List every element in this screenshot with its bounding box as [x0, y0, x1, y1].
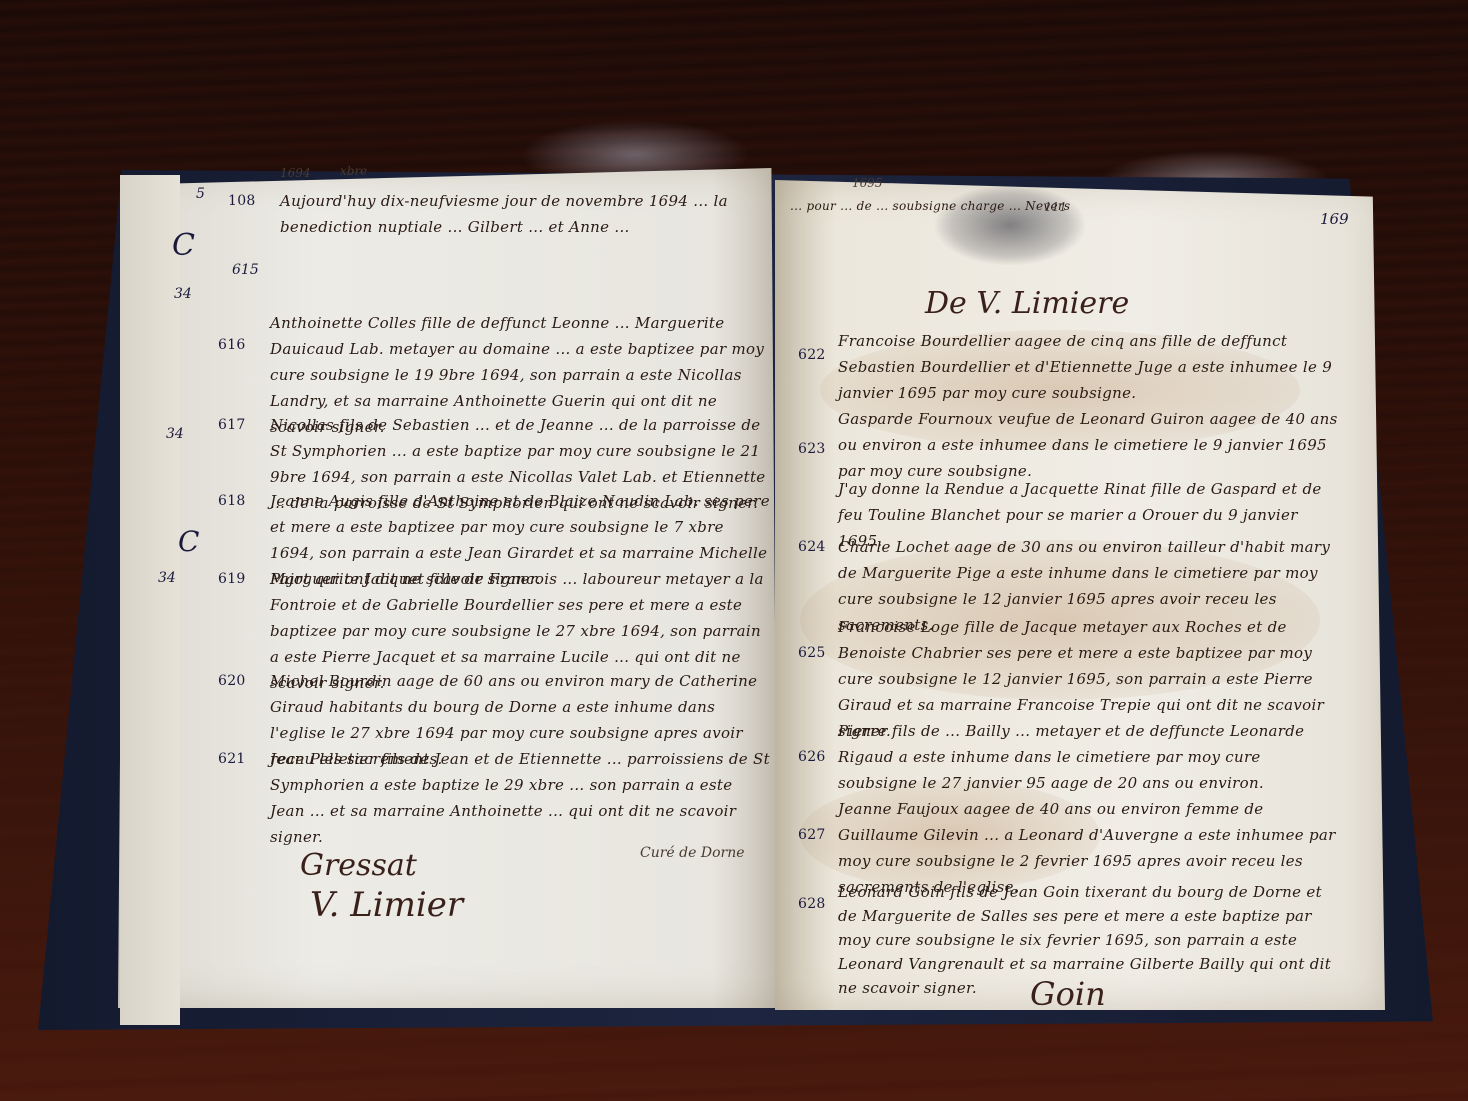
margin-mark: C	[172, 228, 195, 263]
entry-text: Jean Pelletier fils de Jean et de Etienn…	[270, 746, 770, 850]
register-entry: 622 Francoise Bourdellier aagee de cinq …	[838, 328, 1338, 406]
entry-number: 622	[798, 342, 826, 368]
entry-text: Aujourd'huy dix-neufviesme jour de novem…	[280, 188, 770, 240]
entry-number: 615	[232, 262, 259, 278]
entry-number: 625	[798, 640, 826, 666]
left-page-edge	[120, 175, 180, 1025]
entry-number: 626	[798, 744, 826, 770]
left-header-year: 1694	[280, 166, 311, 180]
header-text: ... pour ... de ... soubsigne charge ...…	[790, 196, 1330, 216]
signature: Goin	[1030, 975, 1106, 1013]
entry-number: 618	[218, 488, 246, 514]
entry-number: 621	[218, 746, 246, 772]
entry-text: Pierre fils de ... Bailly ... metayer et…	[838, 718, 1338, 796]
entry-number: 627	[798, 822, 826, 848]
entry-number: 108	[228, 188, 256, 214]
entry-text: Francoise Bourdellier aagee de cinq ans …	[838, 328, 1338, 406]
register-entry: 108 Aujourd'huy dix-neufviesme jour de n…	[280, 188, 770, 240]
register-entry: 626 Pierre fils de ... Bailly ... metaye…	[838, 718, 1338, 796]
margin-mark: C	[178, 525, 199, 558]
entry-number: 628	[798, 892, 826, 916]
entry-number: 624	[798, 534, 826, 560]
right-header-year: 1695	[852, 176, 883, 190]
margin-mark: 34	[166, 426, 184, 442]
heading-signature: De V. Limiere	[925, 286, 1129, 321]
signature: V. Limier	[310, 885, 463, 925]
signature: Curé de Dorne	[640, 845, 745, 861]
entry-text: Gasparde Fournoux veufue de Leonard Guir…	[838, 406, 1338, 484]
margin-mark: 34	[174, 286, 192, 302]
header-text: ... pour ... de ... soubsigne charge ...…	[790, 196, 1330, 216]
entry-number: 619	[218, 566, 246, 592]
signature: Gressat	[300, 848, 417, 883]
register-entry: 621 Jean Pelletier fils de Jean et de Et…	[270, 746, 770, 850]
entry-number: 617	[218, 412, 246, 438]
left-header-note: xbre	[340, 164, 367, 178]
margin-mark: 5	[196, 186, 205, 202]
register-entry: 623 Gasparde Fournoux veufue de Leonard …	[838, 406, 1338, 484]
entry-number: 620	[218, 668, 246, 694]
entry-number: 623	[798, 436, 826, 462]
margin-mark: 34	[158, 570, 176, 586]
entry-number: 616	[218, 332, 246, 358]
